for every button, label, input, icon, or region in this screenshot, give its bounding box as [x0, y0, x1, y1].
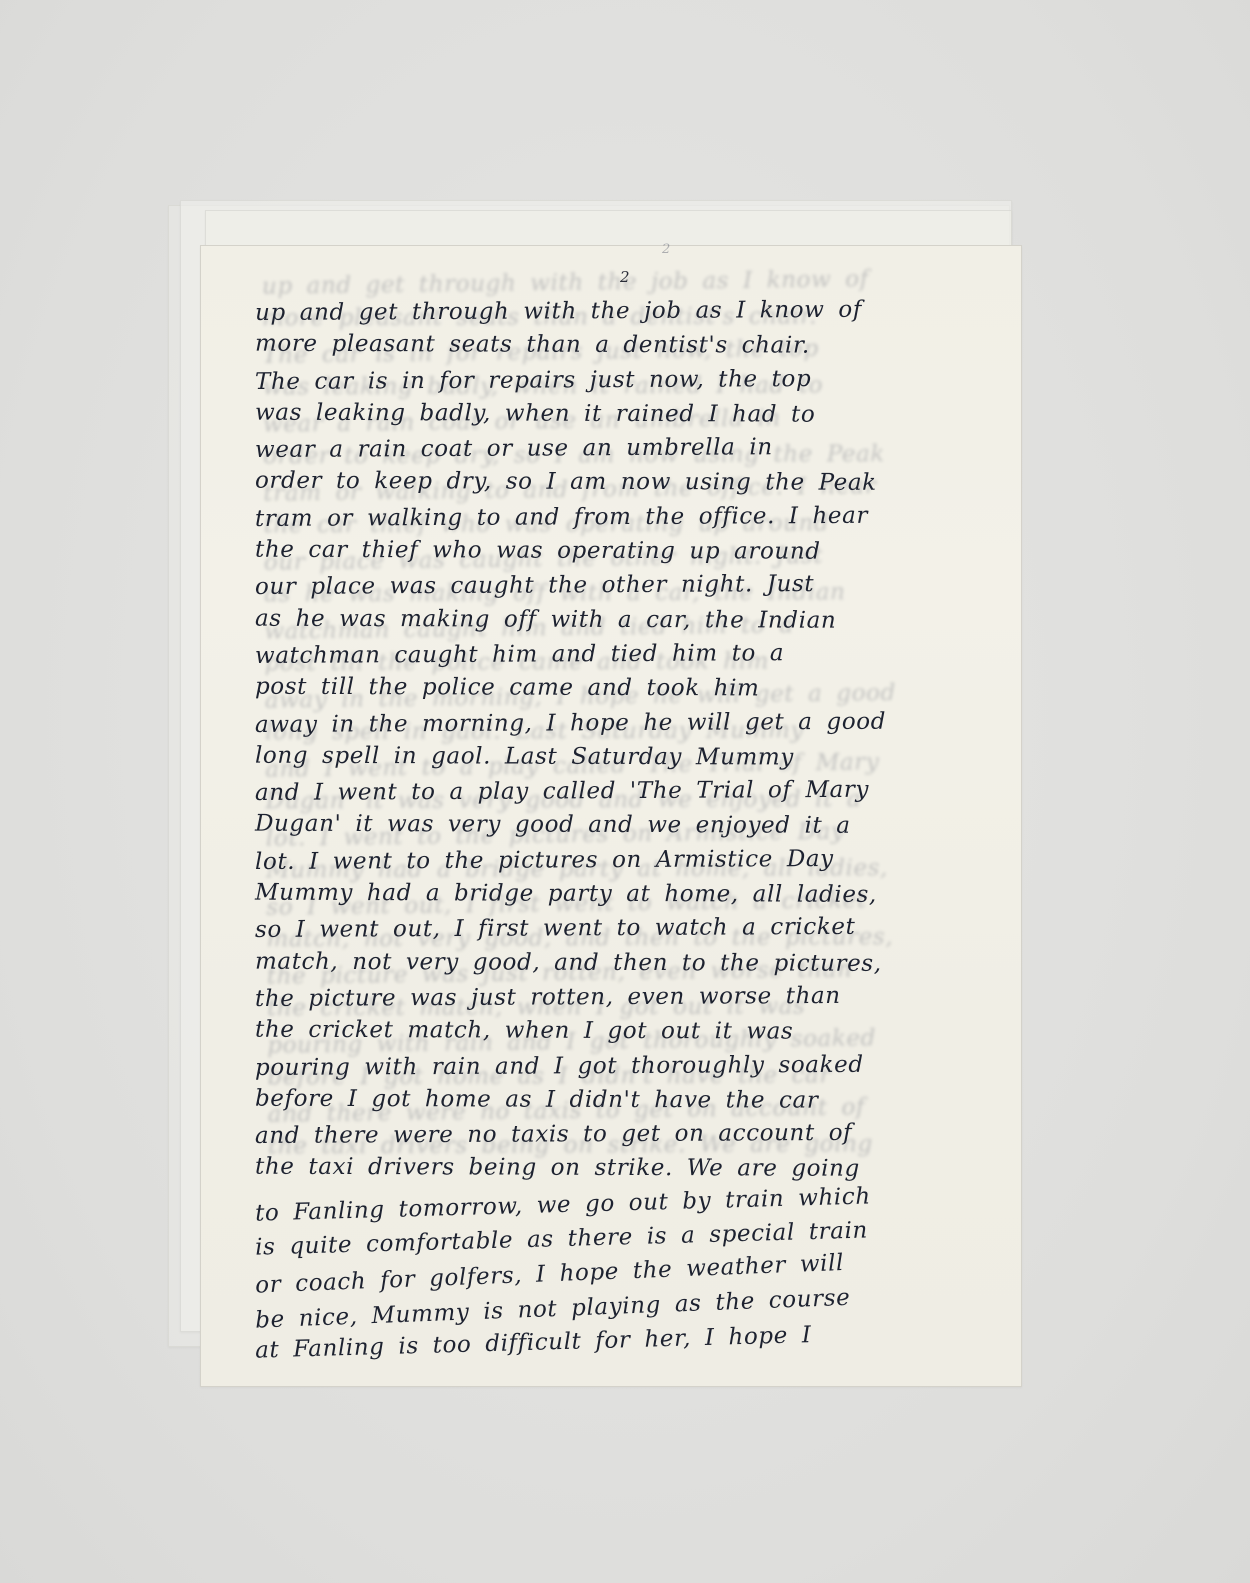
letter-line: up and get through with the job as I kno… — [255, 260, 1015, 330]
letter-line: more pleasant seats than a dentist's cha… — [255, 327, 1015, 364]
letter-line: lot. I went to the pictures on Armistice… — [255, 841, 1015, 879]
letter-body: up and get through with the job as I kno… — [255, 262, 1015, 1357]
letter-line: away in the morning, I hope he will get … — [255, 704, 1015, 742]
letter-line: and there were no taxis to get on accoun… — [255, 1115, 1015, 1153]
letter-line: long spell in gaol. Last Saturday Mummy — [255, 739, 1015, 776]
letter-line: so I went out, I first went to watch a c… — [255, 909, 1015, 947]
letter-line: the picture was just rotten, even worse … — [255, 978, 1015, 1016]
letter-line: post till the police came and took him — [255, 670, 1015, 707]
letter-line: wear a rain coat or use an umbrella in — [255, 429, 1015, 467]
letter-line: our place was caught the other night. Ju… — [255, 566, 1015, 604]
letter-line: before I got home as I didn't have the c… — [255, 1082, 1015, 1119]
letter-line: as he was making off with a car, the Ind… — [255, 601, 1015, 638]
letter-line: Mummy had a bridge party at home, all la… — [255, 876, 1015, 913]
letter-line: match, not very good, and then to the pi… — [255, 944, 1015, 981]
letter-line: order to keep dry, so I am now using the… — [255, 464, 1015, 501]
letter-line: tram or walking to and from the office. … — [255, 498, 1015, 536]
page-number-bleedthrough: 2 — [662, 242, 670, 257]
letter-line: The car is in for repairs just now, the … — [255, 361, 1015, 399]
letter-line: Dugan' it was very good and we enjoyed i… — [255, 807, 1015, 844]
letter-line: watchman caught him and tied him to a — [255, 635, 1015, 673]
letter-line: pouring with rain and I got thoroughly s… — [255, 1047, 1015, 1085]
letter-line: the cricket match, when I got out it was — [255, 1013, 1015, 1050]
letter-line: the car thief who was operating up aroun… — [255, 533, 1015, 570]
letter-line: was leaking badly, when it rained I had … — [255, 396, 1015, 433]
letter-line: and I went to a play called 'The Trial o… — [255, 772, 1015, 810]
